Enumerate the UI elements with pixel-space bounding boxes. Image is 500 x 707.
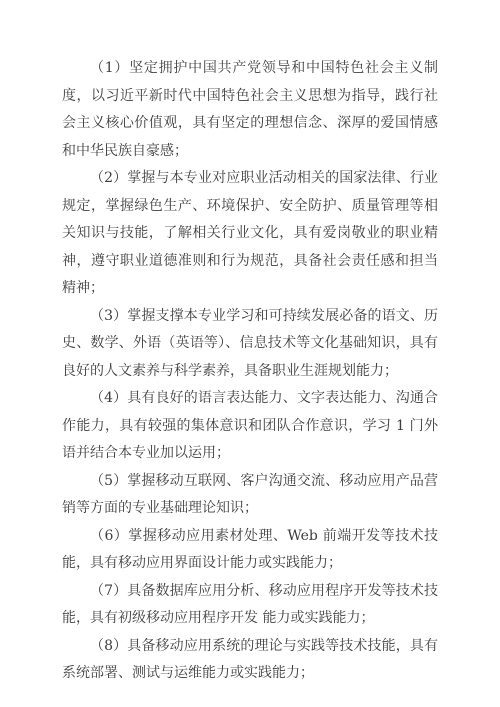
- paragraph-4: （4）具有良好的语言表达能力、文字表达能力、沟通合作能力，具有较强的集体意识和团…: [62, 385, 438, 468]
- paragraph-2: （2）掌握与本专业对应职业活动相关的国家法律、行业规定，掌握绿色生产、环境保护、…: [62, 165, 438, 303]
- document-page: （1）坚定拥护中国共产党领导和中国特色社会主义制度，以习近平新时代中国特色社会主…: [0, 0, 500, 707]
- paragraph-1: （1）坚定拥护中国共产党领导和中国特色社会主义制度，以习近平新时代中国特色社会主…: [62, 55, 438, 165]
- paragraph-8: （8）具备移动应用系统的理论与实践等技术技能，具有系统部署、测试与运维能力或实践…: [62, 633, 438, 688]
- paragraph-5: （5）掌握移动互联网、客户沟通交流、移动应用产品营销等方面的专业基础理论知识；: [62, 468, 438, 523]
- paragraph-6: （6）掌握移动应用素材处理、Web 前端开发等技术技能，具有移动应用界面设计能力…: [62, 523, 438, 578]
- paragraph-3: （3）掌握支撑本专业学习和可持续发展必备的语文、历史、数学、外语（英语等）、信息…: [62, 303, 438, 386]
- paragraph-7: （7）具备数据库应用分析、移动应用程序开发等技术技能，具有初级移动应用程序开发 …: [62, 578, 438, 633]
